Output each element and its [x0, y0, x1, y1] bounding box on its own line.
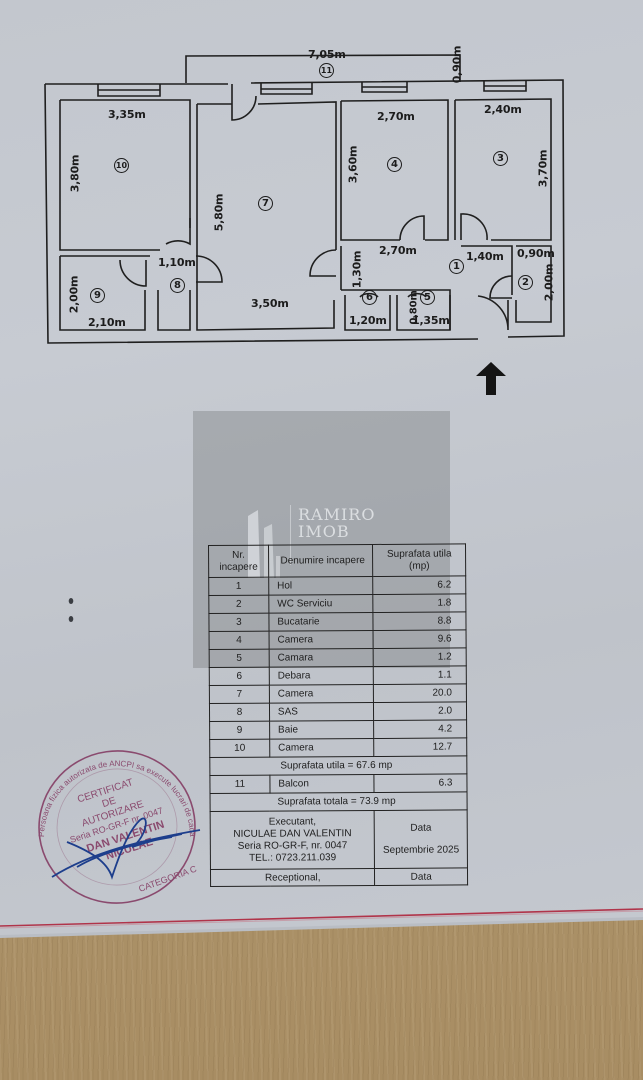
- row-area: 1.1: [374, 666, 467, 685]
- row-area: 9.6: [373, 630, 466, 649]
- dim-room10-height: 3,80m: [68, 155, 81, 193]
- row-nr: 2: [209, 595, 269, 613]
- dim-room4-width: 2,70m: [377, 110, 415, 123]
- grand-total-row: Suprafata totala = 73.9 mp: [210, 792, 467, 812]
- room-number-2: 2: [518, 275, 533, 290]
- room-number-10: 10: [114, 158, 129, 173]
- executant-label: Executant,: [215, 816, 370, 829]
- executant-series: Seria RO-GR-F, nr. 0047: [215, 840, 370, 853]
- table-row: 8SAS2.0: [209, 702, 466, 722]
- executant-cell: Executant, NICULAE DAN VALENTIN Seria RO…: [210, 810, 375, 869]
- floor-plan: 7,05m 0,90m 3,35m 3,80m 5,80m 3,50m 1,10…: [0, 0, 643, 400]
- row-nr: 9: [210, 721, 270, 739]
- dim-room3-height: 3,70m: [536, 150, 549, 188]
- row-name: Camera: [270, 738, 375, 757]
- room-number-1: 1: [449, 259, 464, 274]
- row-nr: 11: [210, 775, 270, 793]
- date-label: Data: [375, 822, 467, 835]
- row-name: WC Serviciu: [269, 594, 374, 613]
- authorization-stamp: Persoana fizica autorizata de ANCPI sa e…: [22, 742, 212, 912]
- row-nr: 5: [209, 649, 269, 667]
- arrow-up-icon: [474, 360, 508, 396]
- watermark-line2: IMOB: [298, 523, 375, 540]
- useful-total-row: Suprafata utila = 67.6 mp: [210, 756, 467, 776]
- row-name: Baie: [269, 720, 374, 739]
- row-area: 1.2: [374, 648, 467, 667]
- room-number-4: 4: [387, 157, 402, 172]
- dim-hall-width: 2,70m: [379, 244, 417, 257]
- executant-name: NICULAE DAN VALENTIN: [215, 828, 370, 841]
- binder-marks: [67, 596, 75, 626]
- row-nr: 3: [209, 613, 269, 631]
- dim-room5-width: 1,35m: [412, 314, 450, 327]
- table-row: 4Camera9.6: [209, 630, 466, 650]
- room-area-table: Nr. incapere Denumire incapere Suprafata…: [208, 543, 468, 887]
- table-row: 7Camera20.0: [209, 684, 466, 704]
- row-nr: 4: [209, 631, 269, 649]
- row-area: 6.3: [374, 774, 467, 793]
- useful-total: Suprafata utila = 67.6 mp: [210, 756, 467, 776]
- table-row: 3Bucatarie8.8: [209, 612, 466, 632]
- row-area: 4.2: [374, 720, 467, 739]
- dim-room8-width: 1,10m: [158, 256, 196, 269]
- row-nr: 1: [209, 577, 269, 595]
- row-name: Camara: [269, 648, 374, 667]
- row-nr: 10: [210, 739, 270, 757]
- receptional-row: Receptional, Data: [210, 868, 467, 887]
- table-row: 10Camera12.7: [210, 738, 467, 758]
- room-number-5: 5: [420, 290, 435, 305]
- row-area: 1.8: [373, 594, 466, 613]
- table-header-row: Nr. incapere Denumire incapere Suprafata…: [209, 544, 466, 578]
- dim-room10-width: 3,35m: [108, 108, 146, 121]
- stamp-category: CATEGORIA C: [137, 864, 198, 894]
- dim-hall-depth: 1,30m: [350, 251, 363, 289]
- table-row: 5Camara1.2: [209, 648, 466, 668]
- date-cell: Data Septembrie 2025: [375, 810, 468, 869]
- table-row: 1Hol6.2: [209, 576, 466, 596]
- row-name: Camera: [269, 684, 374, 703]
- receptional-date-label: Data: [375, 868, 468, 886]
- dim-room4-height: 3,60m: [346, 146, 359, 184]
- room-number-7: 7: [258, 196, 273, 211]
- room-number-8: 8: [170, 278, 185, 293]
- row-name: SAS: [269, 702, 374, 721]
- table-row: 9Baie4.2: [210, 720, 467, 740]
- table-row: 2WC Serviciu1.8: [209, 594, 466, 614]
- receptional-label: Receptional,: [210, 868, 374, 886]
- row-area: 2.0: [374, 702, 467, 721]
- watermark-line1: RAMIRO: [298, 506, 375, 523]
- dim-room7-height: 5,80m: [212, 194, 225, 232]
- executant-row: Executant, NICULAE DAN VALENTIN Seria RO…: [210, 810, 467, 870]
- row-area: 8.8: [373, 612, 466, 631]
- watermark-text: RAMIRO IMOB: [298, 506, 375, 540]
- dim-room3-width: 2,40m: [484, 103, 522, 116]
- date-value: Septembrie 2025: [375, 844, 467, 857]
- dim-balcony-depth: 0,90m: [450, 46, 463, 84]
- dim-room7-width: 3,50m: [251, 297, 289, 310]
- room-number-6: 6: [362, 290, 377, 305]
- header-name: Denumire incapere: [268, 544, 373, 577]
- dim-balcony-length: 7,05m: [308, 48, 346, 61]
- row-name: Debara: [269, 666, 374, 685]
- executant-phone: TEL.: 0723.211.039: [215, 852, 370, 865]
- row-nr: 8: [209, 703, 269, 721]
- room-number-11: 11: [319, 63, 334, 78]
- room-number-9: 9: [90, 288, 105, 303]
- row-name: Balcon: [270, 774, 375, 793]
- dim-room6-width: 1,20m: [349, 314, 387, 327]
- header-area: Suprafata utila (mp): [373, 544, 466, 577]
- balcony-row: 11 Balcon 6.3: [210, 774, 467, 794]
- row-name: Camera: [269, 630, 374, 649]
- dim-room2-width: 0,90m: [517, 247, 555, 260]
- dim-room2-height: 2,00m: [542, 264, 555, 302]
- room-number-3: 3: [493, 151, 508, 166]
- dim-hall-side: 1,40m: [466, 250, 504, 263]
- dim-room9-height: 2,00m: [67, 276, 80, 314]
- row-nr: 6: [209, 667, 269, 685]
- header-nr: Nr. incapere: [209, 545, 269, 577]
- grand-total: Suprafata totala = 73.9 mp: [210, 792, 467, 812]
- row-name: Bucatarie: [269, 612, 374, 631]
- row-area: 6.2: [373, 576, 466, 595]
- row-area: 12.7: [374, 738, 467, 757]
- table-row: 6Debara1.1: [209, 666, 466, 686]
- row-nr: 7: [209, 685, 269, 703]
- row-area: 20.0: [374, 684, 467, 703]
- dim-room9-width: 2,10m: [88, 316, 126, 329]
- row-name: Hol: [269, 576, 374, 595]
